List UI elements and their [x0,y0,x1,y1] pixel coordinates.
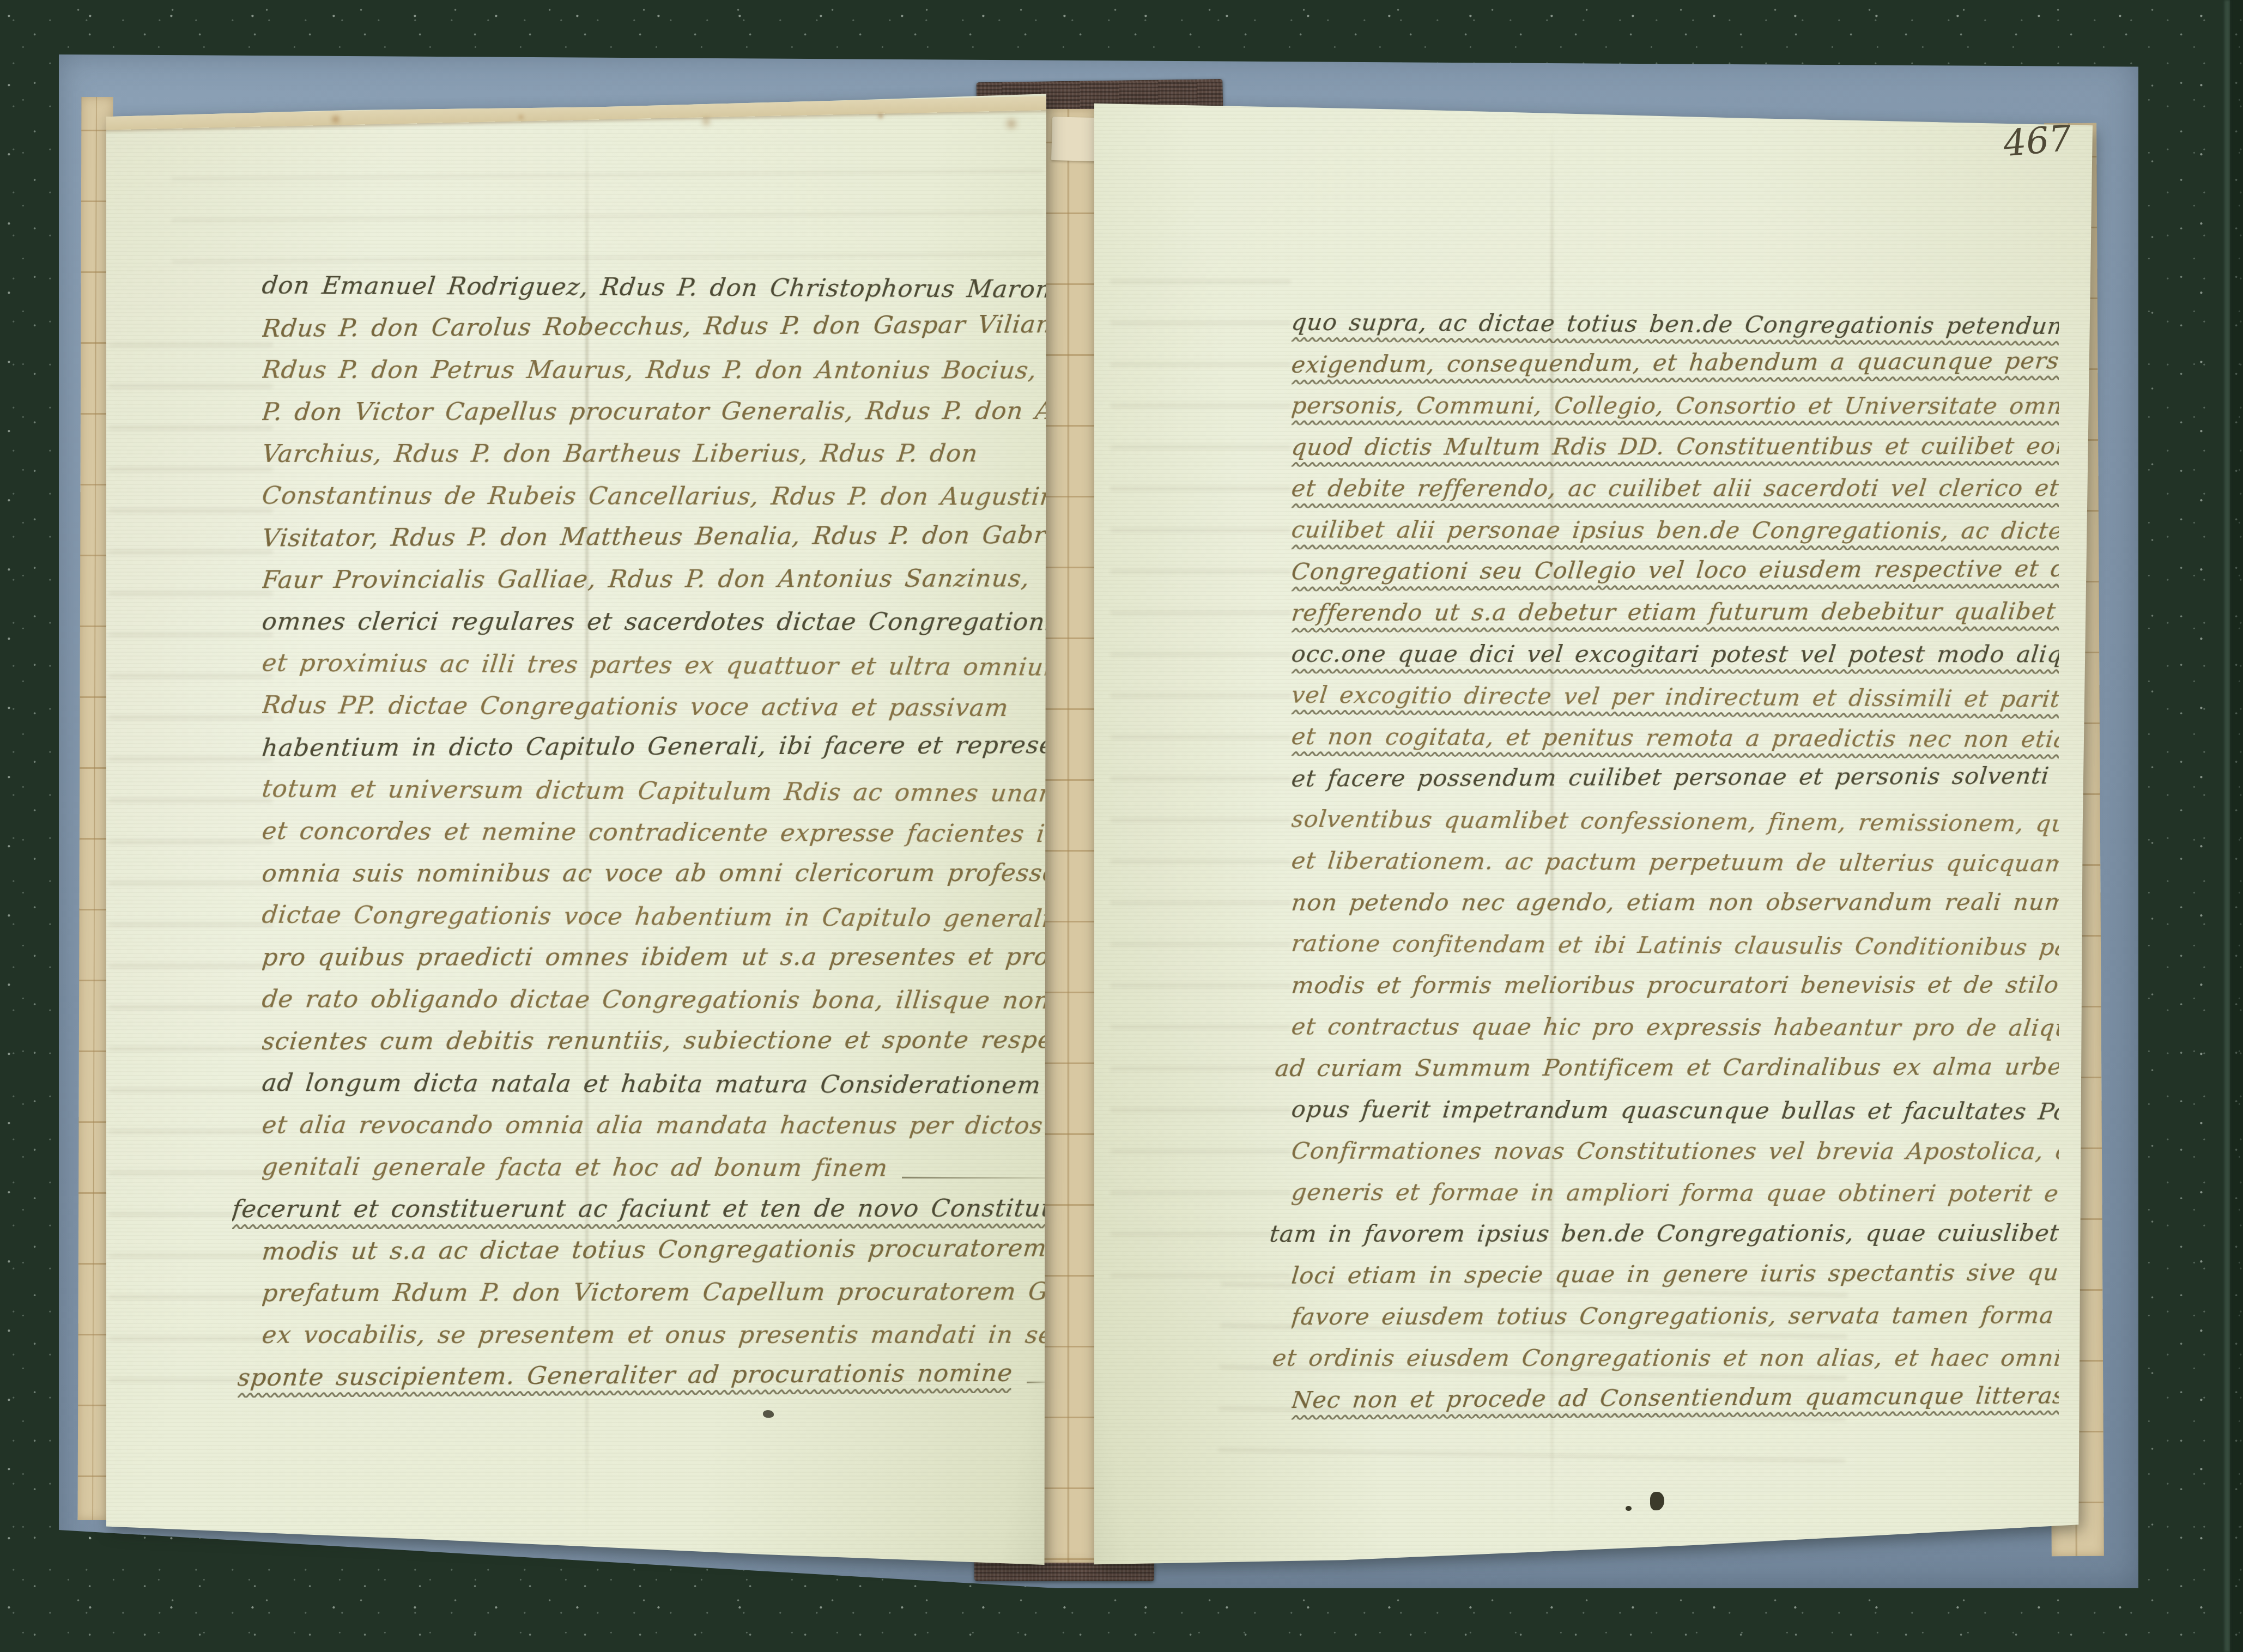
manuscript-line: fecerunt et constituerunt ac faciunt et … [232,1194,1053,1237]
manuscript-line-text: Varchius, Rdus P. don Bartheus Liberius,… [262,439,979,468]
manuscript-line: ratione confitendam et ibi Latinis claus… [1292,930,2059,975]
ink-flourish-rule [1027,1381,1048,1383]
ink-blot [1650,1492,1664,1510]
manuscript-line: tam in favorem ipsius ben.de Congregatio… [1270,1220,2059,1262]
manuscript-line: dictae Congregationis voce habentium in … [262,900,1053,946]
manuscript-line-text: Rdus P. don Carolus Robecchus, Rdus P. d… [262,309,1053,343]
manuscript-line-text: Rdus P. don Petrus Maurus, Rdus P. don A… [262,355,1053,385]
manuscript-line: refferendo ut s.a debetur etiam futurum … [1292,598,2059,641]
manuscript-line: non petendo nec agendo, etiam non observ… [1292,889,2059,931]
gutter-edge-strip [1042,109,1098,1563]
manuscript-line-text: Visitator, Rdus P. don Mattheus Benalia,… [262,520,1053,552]
manuscript-line: vel excogitio directe vel per indirectum… [1292,682,2059,727]
right-page: 467 quo supra, ac dictae totius ben.de C… [1094,92,2093,1566]
manuscript-line-text: et concordes et nemine contradicente exp… [262,816,1053,848]
manuscript-line: Rdus P. don Petrus Maurus, Rdus P. don A… [262,355,1053,398]
manuscript-line-text: Nec non et procede ad Consentiendum quam… [1292,1382,2059,1414]
manuscript-line-text: et ordinis eiusdem Congregationis et non… [1272,1345,2059,1372]
felt-sheen-band [2224,0,2230,1652]
left-page: don Emanuel Rodriguez, Rdus P. don Chris… [106,87,1046,1565]
manuscript-line-text: de rato obligando dictae Congregationis … [262,985,1053,1015]
manuscript-line: modis ut s.a ac dictae totius Congregati… [262,1234,1053,1279]
manuscript-line-text: loci etiam in specie quae in genere iuri… [1292,1259,2059,1290]
manuscript-line-text: modis ut s.a ac dictae totius Congregati… [262,1234,1053,1266]
manuscript-line: Rdus P. don Carolus Robecchus, Rdus P. d… [262,309,1053,356]
showthrough-right-margin [1111,266,1290,1301]
manuscript-line: et alia revocando omnia alia mandata hac… [262,1110,1053,1153]
manuscript-line: habentium in dicto Capitulo Generali, ib… [262,730,1053,775]
manuscript-line: ad longum dicta natala et habita matura … [262,1068,1053,1113]
showthrough-top [171,138,1044,287]
showthrough-left-margin [109,316,272,1406]
manuscript-line: Faur Provincialis Galliae, Rdus P. don A… [262,563,1053,607]
manuscript-line-text: vel excogitio directe vel per indirectum… [1292,682,2059,714]
manuscript-line-text: personis, Communi, Collegio, Consortio e… [1292,392,2059,420]
manuscript-line-text: ratione confitendam et ibi Latinis claus… [1292,930,2059,962]
manuscript-line-text: refferendo ut s.a debetur etiam futurum … [1292,598,2059,627]
manuscript-line-text: scientes cum debitis renuntiis, subiecti… [262,1025,1053,1055]
manuscript-line: personis, Communi, Collegio, Consortio e… [1292,392,2059,434]
manuscript-line-text: don Emanuel Rodriguez, Rdus P. don Chris… [262,271,1053,304]
manuscript-line-text: solventibus quamlibet confessionem, fine… [1292,806,2059,839]
manuscript-line: scientes cum debitis renuntiis, subiecti… [262,1025,1053,1068]
manuscript-line: pro quibus praedicti omnes ibidem ut s.a… [262,942,1053,985]
manuscript-line: loci etiam in specie quae in genere iuri… [1292,1259,2059,1304]
left-page-text: don Emanuel Rodriguez, Rdus P. don Chris… [262,271,1053,1404]
manuscript-line-text: exigendum, consequendum, et habendum a q… [1292,347,2059,379]
right-page-surface: 467 quo supra, ac dictae totius ben.de C… [1094,92,2093,1566]
manuscript-line-text: cuilibet alii personae ipsius ben.de Con… [1292,517,2059,545]
manuscript-line-text: ex vocabilis, se presentem et onus prese… [262,1320,1053,1349]
manuscript-line: et proximius ac illi tres partes ex quat… [262,648,1053,695]
manuscript-line: et ordinis eiusdem Congregationis et non… [1272,1345,2059,1386]
manuscript-line: exigendum, consequendum, et habendum a q… [1292,347,2059,393]
ink-flourish-rule [902,1177,1048,1179]
manuscript-line: modis et formis melioribus procuratori b… [1292,971,2059,1013]
manuscript-line-text: omnes clerici regulares et sacerdotes di… [262,607,1053,636]
manuscript-line-text: et debite refferendo, ac cuilibet alii s… [1292,475,2059,502]
manuscript-line-text: Confirmationes novas Constitutiones vel … [1292,1138,2059,1165]
manuscript-line-text: fecerunt et constituerunt ac faciunt et … [232,1194,1053,1224]
manuscript-line-text: prefatum Rdum P. don Victorem Capellum p… [262,1277,1053,1307]
manuscript-line: opus fuerit impetrandum quascunque bulla… [1292,1096,2059,1139]
manuscript-line-text: sponte suscipientem. Generaliter ad proc… [238,1358,1014,1392]
manuscript-line-text: Rdus PP. dictae Congregationis voce acti… [262,690,1010,722]
ink-blot-small [1626,1506,1632,1511]
manuscript-line-text: pro quibus praedicti omnes ibidem ut s.a… [262,942,1053,971]
manuscript-line: Congregationi seu Collegio vel loco eius… [1292,555,2059,600]
manuscript-line-text: Congregationi seu Collegio vel loco eius… [1292,555,2059,586]
manuscript-line-text: Constantinus de Rubeis Cancellarius, Rdu… [262,481,1053,512]
manuscript-line: solventibus quamlibet confessionem, fine… [1292,806,2059,852]
manuscript-line-text: et facere possendum cuilibet personae et… [1292,762,2059,792]
manuscript-line-text: P. don Victor Capellus procurator Genera… [262,396,1053,426]
manuscript-line: P. don Victor Capellus procurator Genera… [262,396,1053,439]
manuscript-line: Rdus PP. dictae Congregationis voce acti… [262,690,1053,736]
folio-number: 467 [2002,117,2074,165]
manuscript-line-text: dictae Congregationis voce habentium in … [262,900,1053,934]
manuscript-line: et non cogitata, et penitus remota a pra… [1292,723,2059,767]
manuscript-line-text: et proximius ac illi tres partes ex quat… [262,648,1053,682]
felt-shadow-edge [2230,0,2243,1652]
manuscript-line-text: omnia suis nominibus ac voce ab omni cle… [262,858,1053,888]
manuscript-line: et liberationem. ac pactum perpetuum de … [1292,847,2059,891]
manuscript-line-text: favore eiusdem totius Congregationis, se… [1292,1302,2059,1331]
manuscript-line-text: generis et formae in ampliori forma quae… [1292,1179,2059,1208]
manuscript-line: occ.one quae dici vel excogitari potest … [1292,641,2059,683]
manuscript-line: ad curiam Summum Pontificem et Cardinali… [1275,1053,2059,1096]
manuscript-line-text: et contractus quae hic pro expressis hab… [1292,1013,2059,1042]
photograph: don Emanuel Rodriguez, Rdus P. don Chris… [0,0,2243,1652]
manuscript-line: sponte suscipientem. Generaliter ad proc… [238,1358,1053,1405]
manuscript-line: generis et formae in ampliori forma quae… [1292,1179,2059,1222]
manuscript-line: et contractus quae hic pro expressis hab… [1292,1013,2059,1056]
manuscript-line-text: tam in favorem ipsius ben.de Congregatio… [1270,1220,2059,1248]
manuscript-line-text: Faur Provincialis Galliae, Rdus P. don A… [262,564,1031,594]
manuscript-line: omnes clerici regulares et sacerdotes di… [262,607,1053,649]
manuscript-line-text: modis et formis melioribus procuratori b… [1292,971,2059,999]
manuscript-line-text: non petendo nec agendo, etiam non observ… [1292,889,2059,916]
manuscript-line-text: opus fuerit impetrandum quascunque bulla… [1292,1096,2059,1126]
manuscript-line-text: habentium in dicto Capitulo Generali, ib… [262,730,1053,762]
manuscript-line: favore eiusdem totius Congregationis, se… [1292,1302,2059,1345]
manuscript-line: et debite refferendo, ac cuilibet alii s… [1292,475,2059,517]
manuscript-line-text: quo supra, ac dictae totius ben.de Congr… [1292,309,2059,340]
manuscript-line: Constantinus de Rubeis Cancellarius, Rdu… [262,481,1053,524]
manuscript-line: et facere possendum cuilibet personae et… [1292,762,2059,806]
manuscript-line: Varchius, Rdus P. don Bartheus Liberius,… [262,439,1053,481]
manuscript-line: totum et universum dictum Capitulum Rdis… [262,774,1053,821]
ink-blot-left [763,1410,774,1418]
manuscript-line-text: ad curiam Summum Pontificem et Cardinali… [1275,1053,2059,1082]
manuscript-line: prefatum Rdum P. don Victorem Capellum p… [262,1277,1053,1320]
manuscript-line: et concordes et nemine contradicente exp… [262,816,1053,861]
manuscript-line: Nec non et procede ad Consentiendum quam… [1292,1382,2059,1429]
manuscript-line: Visitator, Rdus P. don Mattheus Benalia,… [262,520,1053,566]
manuscript-line-text: ad longum dicta natala et habita matura … [262,1068,1042,1099]
manuscript-line-text: et non cogitata, et penitus remota a pra… [1292,723,2059,754]
manuscript-line: cuilibet alii personae ipsius ben.de Con… [1292,517,2059,559]
manuscript-line: de rato obligando dictae Congregationis … [262,985,1053,1028]
manuscript-line: quod dictis Multum Rdis DD. Constituenti… [1292,433,2059,475]
right-page-text: quo supra, ac dictae totius ben.de Congr… [1292,309,2059,1428]
manuscript-line-text: quod dictis Multum Rdis DD. Constituenti… [1292,433,2059,461]
manuscript-line-text: occ.one quae dici vel excogitari potest … [1292,641,2059,669]
manuscript-line-text: et liberationem. ac pactum perpetuum de … [1292,847,2059,877]
manuscript-line: genitali generale facta et hoc ad bonum … [262,1152,1053,1196]
left-page-surface: don Emanuel Rodriguez, Rdus P. don Chris… [106,87,1046,1565]
manuscript-line-text: totum et universum dictum Capitulum Rdis… [262,774,1053,809]
manuscript-line: Confirmationes novas Constitutiones vel … [1292,1138,2059,1180]
manuscript-line: ex vocabilis, se presentem et onus prese… [262,1320,1053,1362]
rust-stains [106,116,107,117]
manuscript-line-text: et alia revocando omnia alia mandata hac… [262,1110,1045,1140]
manuscript-line-text: genitali generale facta et hoc ad bonum … [262,1152,889,1182]
manuscript-line: omnia suis nominibus ac voce ab omni cle… [262,858,1053,901]
